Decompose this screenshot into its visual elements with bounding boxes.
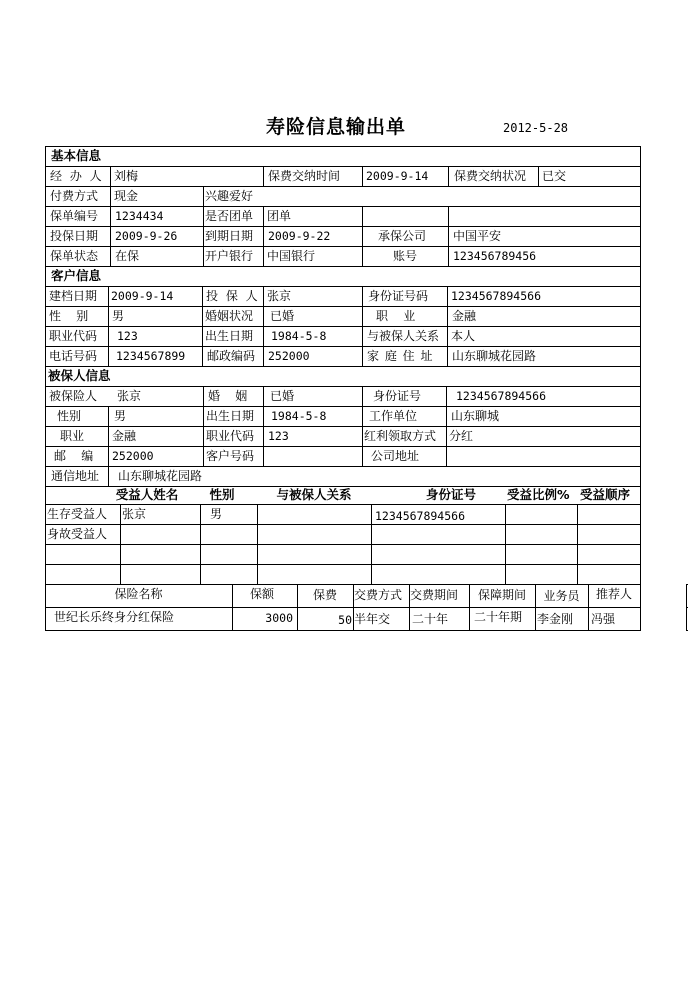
marital-label: 婚姻状况 [205, 307, 253, 325]
agent-value[interactable]: 刘梅 [114, 167, 138, 185]
payment-time-value[interactable]: 2009-9-14 [366, 167, 428, 185]
grid-line [45, 544, 641, 545]
beneficiary-header-ratio: 受益比例% [507, 486, 570, 504]
grid-line [45, 306, 641, 307]
marital-value[interactable]: 已婚 [270, 307, 294, 325]
expiry-date-value[interactable]: 2009-9-22 [268, 227, 330, 245]
insured-id-label: 身份证号 [373, 387, 421, 405]
file-date-value[interactable]: 2009-9-14 [111, 287, 173, 305]
grid-line [263, 286, 264, 366]
grid-line [45, 524, 641, 525]
grid-line [45, 406, 641, 407]
insured-birth-label: 出生日期 [206, 407, 254, 425]
policy-header-referrer: 推荐人 [588, 585, 640, 603]
grid-line [263, 206, 264, 266]
grid-line [263, 166, 264, 186]
insured-occupation-value[interactable]: 金融 [112, 427, 136, 445]
insurer-label: 承保公司 [378, 227, 426, 245]
policy-status-value[interactable]: 在保 [115, 247, 139, 265]
policy-referrer[interactable]: 冯强 [591, 610, 615, 628]
occ-code-label: 职业代码 [49, 327, 97, 345]
customer-id-value[interactable]: 1234567894566 [451, 287, 541, 305]
grid-line [362, 386, 363, 466]
occ-code-value[interactable]: 123 [117, 327, 138, 345]
grid-line [446, 386, 447, 466]
insured-id-value[interactable]: 1234567894566 [456, 387, 546, 405]
birth-date-label: 出生日期 [205, 327, 253, 345]
insured-occupation-label: 职业 [60, 427, 84, 445]
grid-line [45, 146, 641, 147]
insurer-value[interactable]: 中国平安 [453, 227, 501, 245]
dividend-method-value[interactable]: 分红 [449, 427, 473, 445]
beneficiary-header-gender: 性别 [200, 486, 244, 504]
policy-header-pay-period: 交费期间 [410, 586, 458, 604]
insured-gender-label: 性别 [57, 407, 81, 425]
beneficiary-header-order: 受益顺序 [580, 486, 630, 504]
grid-line [371, 504, 372, 584]
mail-address-value[interactable]: 山东聊城花园路 [118, 467, 202, 485]
policy-header-amount: 保额 [232, 585, 292, 603]
grid-line [45, 366, 641, 367]
section-title-basic-info: 基本信息 [51, 147, 101, 165]
company-address-label: 公司地址 [371, 447, 419, 465]
payment-status-label: 保费交纳状况 [454, 167, 526, 185]
mail-address-label: 通信地址 [51, 467, 99, 485]
policy-header-premium: 保费 [297, 586, 353, 604]
insured-occ-code-label: 职业代码 [206, 427, 254, 445]
apply-date-label: 投保日期 [50, 227, 98, 245]
occupation-value[interactable]: 金融 [452, 307, 476, 325]
grid-line [203, 386, 204, 466]
grid-line [45, 630, 641, 631]
policy-no-value[interactable]: 1234434 [115, 207, 163, 225]
beneficiary-header-relation: 与被保人关系 [257, 486, 371, 504]
policy-no-label: 保单编号 [50, 207, 98, 225]
group-policy-label: 是否团单 [205, 207, 253, 225]
grid-line [640, 146, 641, 631]
grid-line [448, 166, 449, 186]
file-date-label: 建档日期 [49, 287, 97, 305]
policy-agent[interactable]: 李金刚 [537, 610, 573, 628]
bank-label: 开户银行 [205, 247, 253, 265]
policy-status-label: 保单状态 [50, 247, 98, 265]
apply-date-value[interactable]: 2009-9-26 [115, 227, 177, 245]
applicant-value[interactable]: 张京 [267, 287, 291, 305]
home-address-label: 家 庭 住 址 [367, 347, 433, 365]
grid-line [45, 266, 641, 267]
grid-line [110, 166, 111, 266]
grid-line [505, 504, 506, 584]
account-label: 账号 [393, 247, 417, 265]
phone-label: 电话号码 [49, 347, 97, 365]
home-address-value[interactable]: 山东聊城花园路 [452, 347, 536, 365]
policy-header-name: 保险名称 [45, 585, 232, 603]
policy-name[interactable]: 世纪长乐终身分红保险 [54, 608, 174, 626]
beneficiary-type: 生存受益人 [47, 505, 107, 523]
grid-line [120, 504, 121, 584]
policy-header-pay-method: 交费方式 [354, 586, 402, 604]
phone-value[interactable]: 1234567899 [116, 347, 185, 365]
customer-id-label: 身份证号码 [368, 287, 428, 305]
insured-label: 被保险人 [49, 387, 97, 405]
insured-birth-value[interactable]: 1984-5-8 [271, 407, 326, 425]
grid-line [200, 504, 201, 584]
document-title: 寿险信息输出单 [266, 112, 406, 139]
postcode-value[interactable]: 252000 [268, 347, 310, 365]
beneficiary-gender[interactable]: 男 [210, 505, 222, 523]
grid-line [362, 166, 363, 186]
insured-occ-code-value[interactable]: 123 [268, 427, 289, 445]
grid-line [108, 286, 109, 366]
payment-method-label: 付费方式 [50, 187, 98, 205]
policy-premium[interactable]: 50 [297, 611, 352, 629]
group-policy-value[interactable]: 团单 [267, 207, 291, 225]
grid-line [362, 206, 363, 266]
policy-pay-method[interactable]: 半年交 [354, 610, 390, 628]
insured-postcode-label: 邮 编 [54, 447, 93, 465]
grid-line [448, 206, 449, 266]
grid-line [263, 386, 264, 466]
section-title-customer-info: 客户信息 [51, 267, 101, 285]
expiry-date-label: 到期日期 [205, 227, 253, 245]
gender-value[interactable]: 男 [112, 307, 124, 325]
grid-line [538, 166, 539, 186]
hobby-label: 兴趣爱好 [205, 187, 253, 205]
beneficiary-type: 身故受益人 [47, 525, 107, 543]
beneficiary-header-id: 身份证号 [426, 486, 476, 504]
agent-label: 经 办 人 [50, 167, 104, 185]
insured-postcode-value[interactable]: 252000 [112, 447, 154, 465]
birth-date-value[interactable]: 1984-5-8 [271, 327, 326, 345]
grid-line [108, 406, 109, 486]
insured-gender-value[interactable]: 男 [114, 407, 126, 425]
policy-header-coverage-period: 保障期间 [469, 586, 535, 604]
policy-coverage-period[interactable]: 二十年期 [474, 608, 522, 626]
policy-amount[interactable]: 3000 [232, 609, 293, 627]
insured-marital-label: 婚 姻 [208, 387, 247, 405]
grid-line [45, 564, 641, 565]
grid-line [362, 286, 363, 366]
policy-header-agent: 业务员 [535, 587, 588, 605]
policy-pay-period[interactable]: 二十年 [412, 610, 448, 628]
customer-no-label: 客户号码 [206, 447, 254, 465]
payment-time-label: 保费交纳时间 [268, 167, 340, 185]
grid-line [202, 286, 203, 366]
relation-label: 与被保人关系 [367, 327, 439, 345]
grid-line [45, 146, 46, 631]
employer-value[interactable]: 山东聊城 [451, 407, 499, 425]
dividend-method-label: 红利领取方式 [364, 427, 436, 445]
beneficiary-id[interactable]: 1234567894566 [375, 507, 465, 525]
postcode-label: 邮政编码 [207, 347, 255, 365]
insured-marital-value[interactable]: 已婚 [270, 387, 294, 405]
payment-status-value[interactable]: 已交 [542, 167, 566, 185]
grid-line [447, 286, 448, 366]
beneficiary-name[interactable]: 张京 [122, 505, 146, 523]
section-title-insured-info: 被保人信息 [48, 367, 111, 385]
applicant-label: 投 保 人 [206, 287, 260, 305]
payment-method-value[interactable]: 现金 [114, 187, 138, 205]
employer-label: 工作单位 [369, 407, 417, 425]
bank-value[interactable]: 中国银行 [267, 247, 315, 265]
account-value[interactable]: 123456789456 [453, 247, 536, 265]
occupation-label: 职 业 [376, 307, 415, 325]
grid-line [577, 504, 578, 584]
beneficiary-header-name: 受益人姓名 [110, 486, 184, 504]
relation-value[interactable]: 本人 [451, 327, 475, 345]
grid-line [203, 186, 204, 266]
gender-label: 性 别 [49, 307, 88, 325]
insured-value[interactable]: 张京 [117, 387, 141, 405]
document-date: 2012-5-28 [503, 121, 568, 135]
grid-line [257, 504, 258, 584]
